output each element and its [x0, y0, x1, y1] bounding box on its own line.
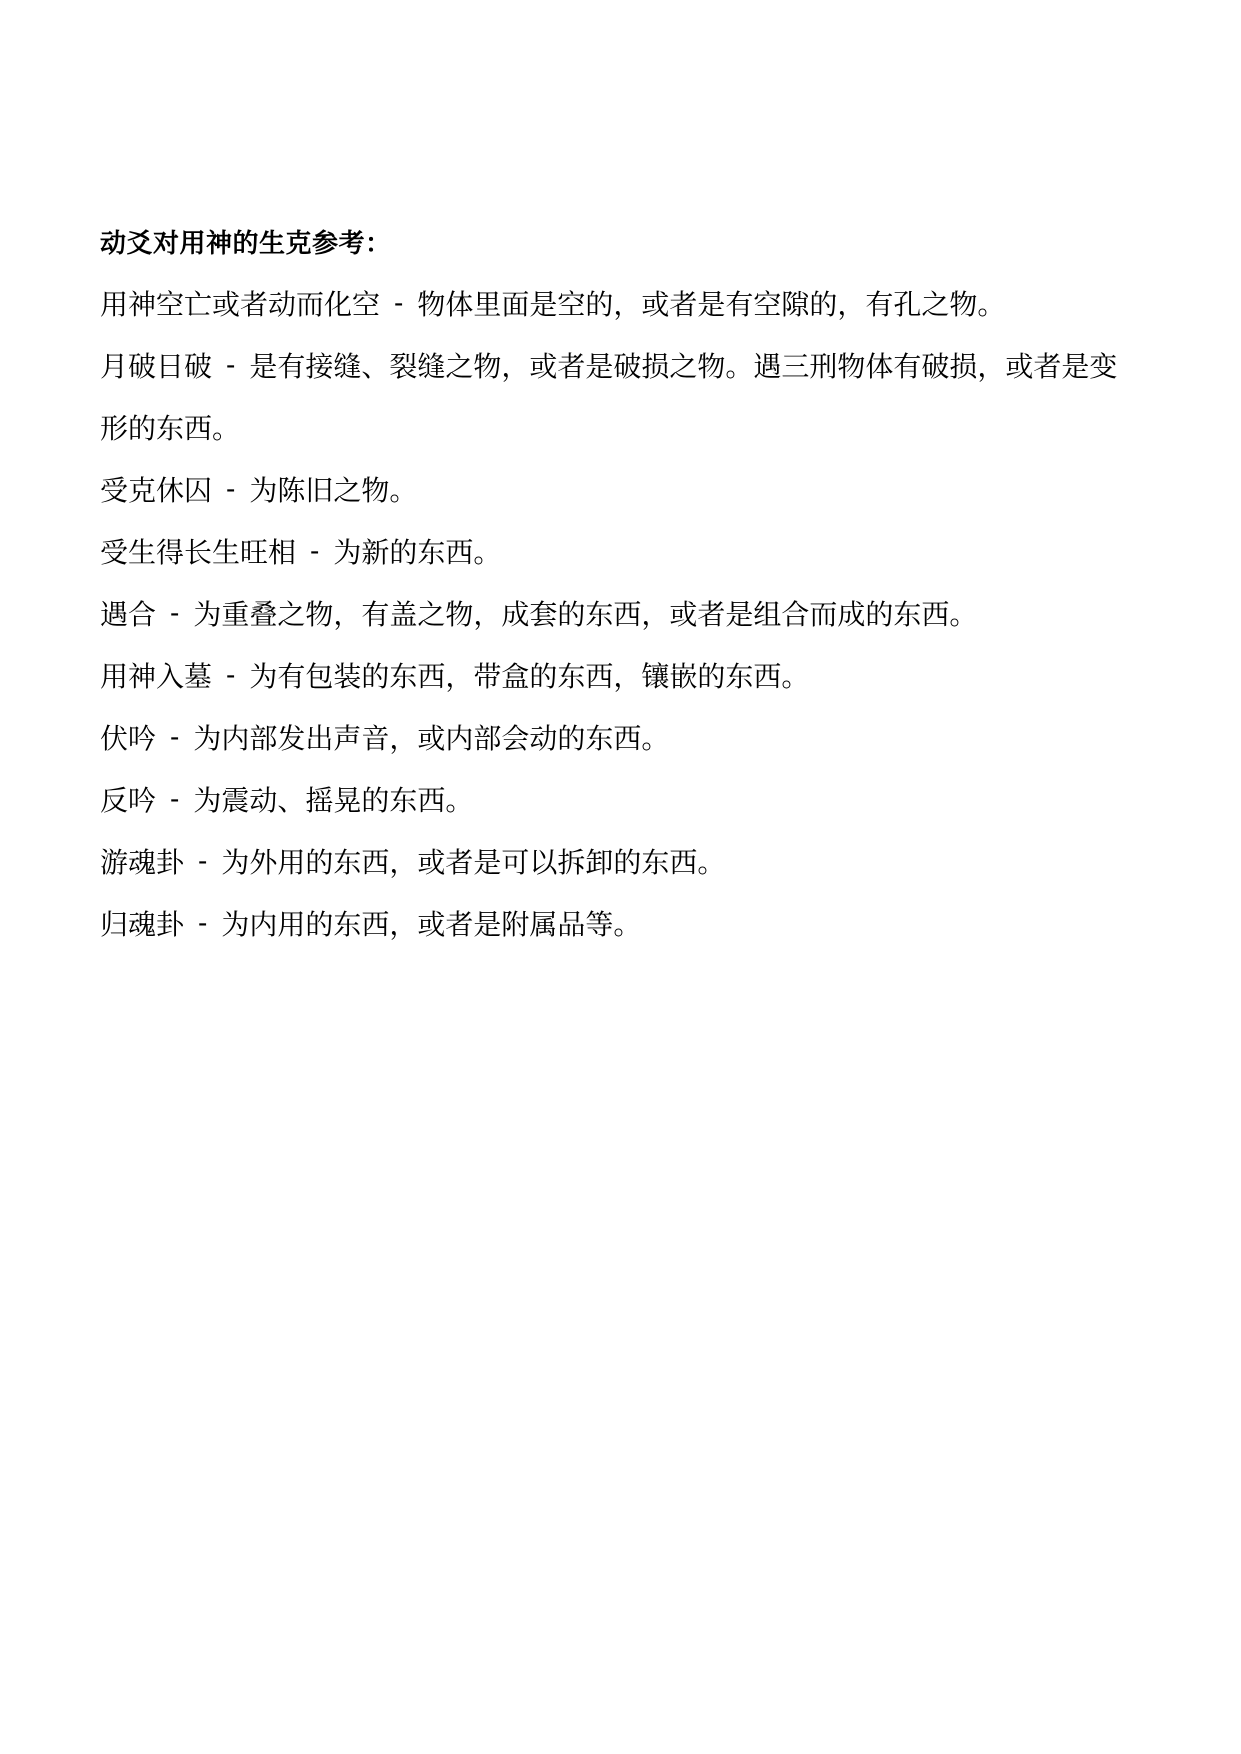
separator-dash: -: [226, 458, 235, 520]
definition-paragraph: 用神空亡或者动而化空-物体里面是空的，或者是有空隙的，有孔之物。: [100, 274, 1145, 336]
separator-dash: -: [226, 644, 235, 706]
definition-text: 为内用的东西，或者是附属品等。: [221, 909, 641, 940]
separator-dash: -: [198, 830, 207, 892]
separator-dash: -: [170, 768, 179, 830]
definition-text: 为外用的东西，或者是可以拆卸的东西。: [221, 847, 725, 878]
term-text: 受生得长生旺相: [100, 537, 296, 568]
definition-paragraph: 伏吟-为内部发出声音，或内部会动的东西。: [100, 708, 1145, 770]
definition-paragraph: 反吟-为震动、摇晃的东西。: [100, 770, 1145, 832]
definition-paragraph: 游魂卦-为外用的东西，或者是可以拆卸的东西。: [100, 832, 1145, 894]
definition-paragraph: 用神入墓-为有包装的东西，带盒的东西，镶嵌的东西。: [100, 646, 1145, 708]
section-heading: 动爻对用神的生克参考：: [100, 212, 1145, 274]
definition-paragraph: 受克休囚-为陈旧之物。: [100, 460, 1145, 522]
separator-dash: -: [170, 582, 179, 644]
separator-dash: -: [198, 892, 207, 954]
term-text: 反吟: [100, 785, 156, 816]
term-text: 用神入墓: [100, 661, 212, 692]
separator-dash: -: [170, 706, 179, 768]
definition-paragraph: 月破日破-是有接缝、裂缝之物，或者是破损之物。遇三刑物体有破损，或者是变形的东西…: [100, 336, 1145, 460]
definition-text: 是有接缝、裂缝之物，或者是破损之物。遇三刑物体有破损，或者是变形的东西。: [100, 351, 1117, 444]
definition-text: 为内部发出声音，或内部会动的东西。: [193, 723, 669, 754]
term-text: 伏吟: [100, 723, 156, 754]
definition-paragraph: 受生得长生旺相-为新的东西。: [100, 522, 1145, 584]
definition-text: 为陈旧之物。: [249, 475, 417, 506]
definition-paragraph: 遇合-为重叠之物，有盖之物，成套的东西，或者是组合而成的东西。: [100, 584, 1145, 646]
definition-paragraph: 归魂卦-为内用的东西，或者是附属品等。: [100, 894, 1145, 956]
term-text: 归魂卦: [100, 909, 184, 940]
term-text: 受克休囚: [100, 475, 212, 506]
definition-text: 为重叠之物，有盖之物，成套的东西，或者是组合而成的东西。: [193, 599, 977, 630]
term-text: 月破日破: [100, 351, 212, 382]
definition-text: 为震动、摇晃的东西。: [193, 785, 473, 816]
separator-dash: -: [394, 272, 403, 334]
separator-dash: -: [226, 334, 235, 396]
document-page: 动爻对用神的生克参考： 用神空亡或者动而化空-物体里面是空的，或者是有空隙的，有…: [0, 0, 1241, 1754]
separator-dash: -: [310, 520, 319, 582]
definition-text: 为有包装的东西，带盒的东西，镶嵌的东西。: [249, 661, 809, 692]
term-text: 用神空亡或者动而化空: [100, 289, 380, 320]
definition-text: 物体里面是空的，或者是有空隙的，有孔之物。: [417, 289, 1005, 320]
definition-text: 为新的东西。: [333, 537, 501, 568]
term-text: 游魂卦: [100, 847, 184, 878]
term-text: 遇合: [100, 599, 156, 630]
